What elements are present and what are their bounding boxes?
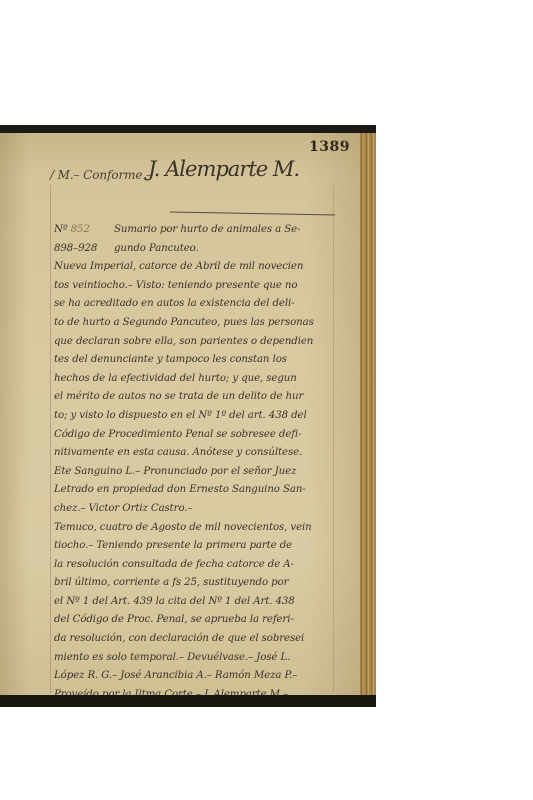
text-line: to de hurto a Segundo Pancuteo, pues las… <box>54 314 344 333</box>
signature: J. Alemparte M. <box>148 157 299 181</box>
number-prefix: Nº <box>54 224 68 235</box>
page-number: 1389 <box>309 139 350 155</box>
text-line: la resolución consultada de fecha catorc… <box>54 556 344 575</box>
ledger-photo: 1389 / M.– Conforme.– J. Alemparte M. Nº… <box>0 125 376 707</box>
entry-title-row-1: Nº 852Sumario por hurto de animales a Se… <box>54 221 344 240</box>
text-line: miento es solo temporal.– Devuélvase.– J… <box>54 649 344 668</box>
ledger-page: 1389 / M.– Conforme.– J. Alemparte M. Nº… <box>0 133 360 695</box>
text-line: tiocho.– Teniendo presente la primera pa… <box>54 537 344 556</box>
text-line: bril último, corriente a fs 25, sustituy… <box>54 574 344 593</box>
text-line: Temuco, cuatro de Agosto de mil novecien… <box>54 519 344 538</box>
text-line: tos veintiocho.– Visto: teniendo present… <box>54 277 344 296</box>
text-line: Código de Procedimiento Penal se sobrese… <box>54 426 344 445</box>
text-line: se ha acreditado en autos la existencia … <box>54 295 344 314</box>
text-line: Letrado en propiedad don Ernesto Sanguin… <box>54 481 344 500</box>
entry-title-row-2: 898–928gundo Pancuteo. <box>54 240 344 259</box>
text-line: da resolución, con declaración de que el… <box>54 630 344 649</box>
text-line: del Código de Proc. Penal, se aprueba la… <box>54 611 344 630</box>
number-value: 852 <box>71 224 90 235</box>
text-line: chez.– Victor Ortiz Castro.– <box>54 500 344 519</box>
text-line: to; y visto lo dispuesto en el Nº 1º del… <box>54 407 344 426</box>
approval-note: / M.– Conforme.– <box>50 168 152 182</box>
text-line: el mérito de autos no se trata de un del… <box>54 388 344 407</box>
text-line: nitivamente en esta causa. Anótese y con… <box>54 444 344 463</box>
text-line: Ete Sanguino L.– Pronunciado por el seño… <box>54 463 344 482</box>
binding-bottom <box>0 695 376 707</box>
approval-text: / M.– Conforme.– <box>50 168 152 182</box>
text-line: el Nº 1 del Art. 439 la cita del Nº 1 de… <box>54 593 344 612</box>
page-edges <box>360 133 376 695</box>
ref-range: 898–928 <box>54 240 114 259</box>
text-line: Nueva Imperial, catorce de Abril de mil … <box>54 258 344 277</box>
entry-title-2: gundo Pancuteo. <box>114 243 199 254</box>
text-line: que declaran sobre ella, son parientes o… <box>54 333 344 352</box>
entry-title-1: Sumario por hurto de animales a Se- <box>114 224 300 235</box>
court-entry: Nº 852Sumario por hurto de animales a Se… <box>54 221 344 707</box>
text-line: López R. G.– José Arancibia A.– Ramón Me… <box>54 667 344 686</box>
text-line: hechos de la efectividad del hurto; y qu… <box>54 370 344 389</box>
text-line: tes del denunciante y tampoco les consta… <box>54 351 344 370</box>
entry-number: Nº 852 <box>54 221 114 240</box>
